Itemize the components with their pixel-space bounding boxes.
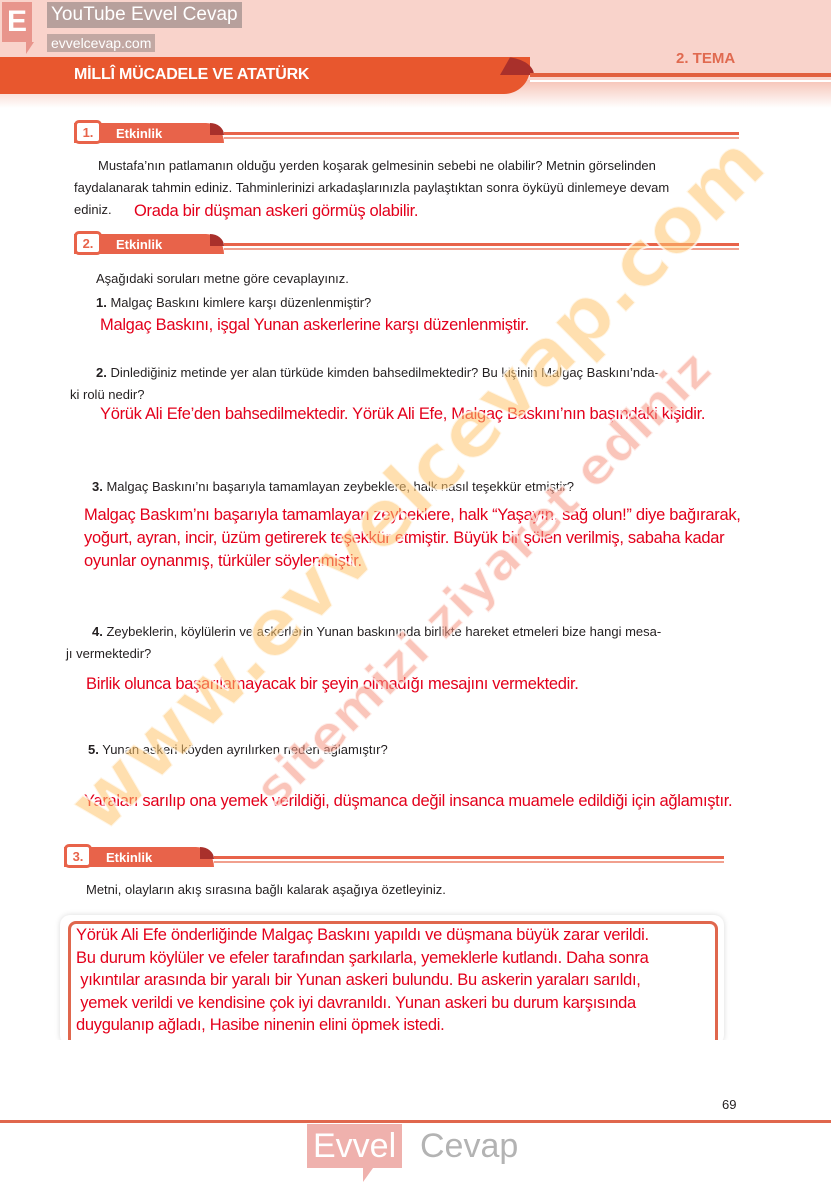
activity-1-header: 1. Etkinlik [60,118,740,146]
question-text: Zeybeklerin, köylülerin ve askerlerin Yu… [106,624,661,639]
summary-line: yıkıntılar arasında bir yaralı bir Yunan… [76,969,716,992]
summary-line: duygulanıp ağladı, Hasibe ninenin elini … [76,1014,716,1037]
page-number: 69 [722,1097,736,1112]
question-1-answer: Malgaç Baskını, işgal Yunan askerlerine … [100,314,529,336]
question-number: 5. [88,742,99,757]
question-3-answer-line-2: yoğurt, ayran, incir, üzüm getirerek teş… [84,527,724,549]
activity-label: Etkinlik [106,850,152,865]
question-3: 3. Malgaç Baskını’nı başarıyla tamamlaya… [92,476,574,498]
activity-1-prompt-line-3: ediniz. [74,199,112,221]
question-5: 5. Yunan askeri köyden ayrılırken neden … [88,739,388,761]
question-4-answer: Birlik olunca başarılamayacak bir şeyin … [86,673,579,695]
activity-label: Etkinlik [116,237,162,252]
activity-label: Etkinlik [116,126,162,141]
site-watermark: evvelcevap.com [47,34,155,52]
question-4: 4. Zeybeklerin, köylülerin ve askerlerin… [92,621,661,643]
activity-tab-fold [210,123,224,135]
activity-rule [224,132,739,135]
activity-number: 1. [74,120,102,144]
activity-tab-fold [200,847,214,859]
question-text: Yunan askeri köyden ayrılırken neden ağl… [102,742,387,757]
question-number: 3. [92,479,103,494]
question-5-answer: Yaraları sarılıp ona yemek verildiği, dü… [84,790,732,812]
activity-1-prompt-line-2: faydalanarak tahmin ediniz. Tahminlerini… [74,177,669,199]
evvel-logo-icon: E [2,2,32,42]
header-rule-gap [530,80,831,82]
activity-2-instruction: Aşağıdaki soruları metne göre cevaplayın… [96,268,349,290]
youtube-channel-watermark: YouTube Evvel Cevap [47,2,242,28]
question-text: Malgaç Baskını’nı başarıyla tamamlayan z… [106,479,573,494]
footer-logo-cevap: Cevap [420,1124,518,1168]
activity-number: 3. [64,844,92,868]
question-2: 2. Dinlediğiniz metinde yer alan türküde… [96,362,659,384]
question-text: Malgaç Baskını kimlere karşı düzenlenmiş… [110,295,371,310]
activity-rule-light [224,248,739,250]
summary-line: Yörük Ali Efe önderliğinde Malgaç Baskın… [76,924,716,947]
activity-3-header: 3. Etkinlik [50,842,730,870]
question-3-answer-line-3: oyunlar oynanmış, türküler söylenmiştir. [84,550,362,572]
activity-3-instruction: Metni, olayların akış sırasına bağlı kal… [86,879,446,901]
question-text: Dinlediğiniz metinde yer alan türküde ki… [110,365,658,380]
activity-rule [214,856,724,859]
activity-tab-fold [210,234,224,246]
activity-1-prompt-line-1: Mustafa’nın patlamanın olduğu yerden koş… [98,155,656,177]
activity-number: 2. [74,231,102,255]
footer-rule [0,1120,831,1123]
question-3-answer-line-1: Malgaç Baskım’nı başarıyla tamamlayan ze… [84,504,741,526]
activity-rule-light [224,137,739,139]
question-number: 4. [92,624,103,639]
summary-answer: Yörük Ali Efe önderliğinde Malgaç Baskın… [76,924,716,1037]
activity-rule-light [214,861,724,863]
question-number: 1. [96,295,107,310]
question-4-line-2: jı vermektedir? [66,643,151,665]
unit-title: MİLLÎ MÜCADELE VE ATATÜRK [74,66,309,84]
footer-logo-evvel: Evvel [307,1124,402,1168]
summary-line: Bu durum köylüler ve efeler tarafından ş… [76,947,716,970]
header-rule [530,73,831,77]
question-2-answer: Yörük Ali Efe’den bahsedilmektedir. Yörü… [100,403,705,425]
question-number: 2. [96,365,107,380]
activity-rule [224,243,739,246]
theme-label: 2. TEMA [676,50,735,67]
summary-cutoff [40,1040,760,1070]
activity-2-header: 2. Etkinlik [60,229,740,257]
question-1: 1. Malgaç Baskını kimlere karşı düzenlen… [96,292,371,314]
activity-1-answer: Orada bir düşman askeri görmüş olabilir. [134,200,418,222]
summary-line: yemek verildi ve kendisine çok iyi davra… [76,992,716,1015]
